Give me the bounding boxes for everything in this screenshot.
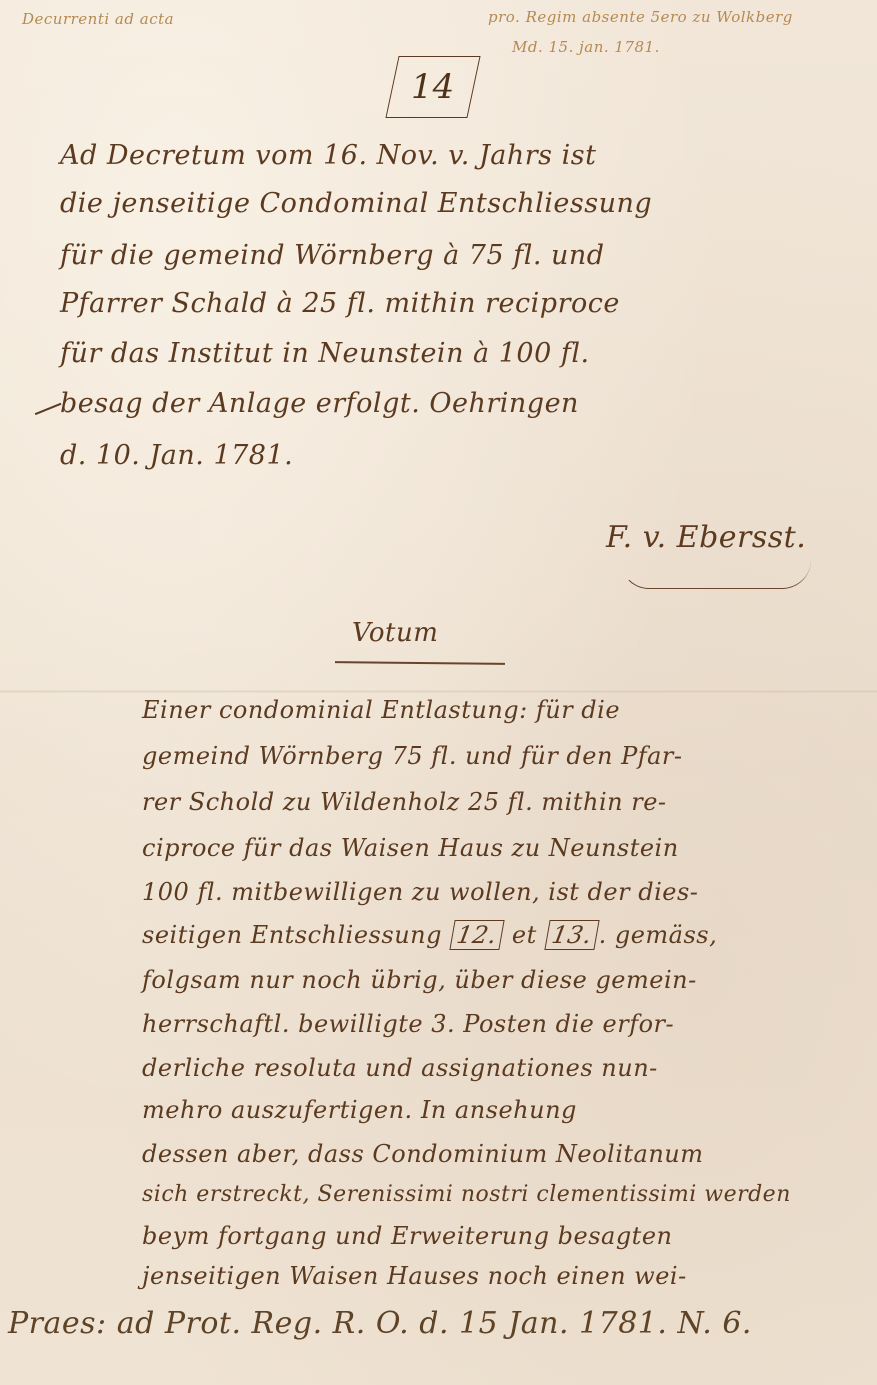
registry-note: Praes: ad Prot. Reg. R. O. d. 15 Jan. 17… xyxy=(8,1306,752,1341)
votum-line-8: herrschaftl. bewilligte 3. Posten die er… xyxy=(142,1010,674,1038)
votum-line-6-et: et xyxy=(512,921,537,949)
votum-underline xyxy=(335,661,505,664)
votum-line-7: folgsam nur noch übrig, über diese gemei… xyxy=(142,966,697,994)
votum-line-3: rer Schold zu Wildenholz 25 fl. mithin r… xyxy=(142,788,667,816)
margin-dash-mark xyxy=(35,403,62,415)
report-line-2: die jenseitige Condominal Entschliessung xyxy=(60,188,652,219)
votum-heading: Votum xyxy=(352,618,438,648)
manuscript-page: Decurrenti ad acta pro. Regim absente 5e… xyxy=(0,0,877,1385)
votum-line-6-text: seitigen Entschliessung xyxy=(142,921,442,949)
votum-line-14: jenseitigen Waisen Hauses noch einen wei… xyxy=(142,1262,687,1290)
votum-line-4: ciproce für das Waisen Haus zu Neunstein xyxy=(142,834,679,862)
report-line-5: für das Institut in Neunstein à 100 fl. xyxy=(60,338,590,369)
votum-line-1: Einer condominial Entlastung: für die xyxy=(142,696,620,724)
votum-line-6-tail: . gemäss, xyxy=(599,921,718,949)
votum-line-13: beym fortgang und Erweiterung besagten xyxy=(142,1222,673,1250)
signature: F. v. Ebersst. xyxy=(606,520,806,555)
marginal-note-right-line2: Md. 15. jan. 1781. xyxy=(512,38,660,56)
report-line-4: Pfarrer Schald à 25 fl. mithin reciproce xyxy=(60,288,620,319)
folio-number-box: 14 xyxy=(385,56,480,118)
report-line-1: Ad Decretum vom 16. Nov. v. Jahrs ist xyxy=(60,140,596,171)
votum-line-9: derliche resoluta und assignationes nun- xyxy=(142,1054,658,1082)
reference-box-12: 12. xyxy=(449,920,504,950)
votum-line-10: mehro auszufertigen. In ansehung xyxy=(142,1096,577,1124)
folio-number: 14 xyxy=(411,67,454,107)
report-line-7: d. 10. Jan. 1781. xyxy=(60,440,293,471)
marginal-note-right-line1: pro. Regim absente 5ero zu Wolkberg xyxy=(488,8,793,26)
votum-line-12: sich erstreckt, Serenissimi nostri cleme… xyxy=(142,1182,791,1207)
paper-fold-line xyxy=(0,690,877,693)
votum-line-2: gemeind Wörnberg 75 fl. und für den Pfar… xyxy=(142,742,683,770)
marginal-note-left: Decurrenti ad acta xyxy=(22,10,174,28)
reference-box-13: 13. xyxy=(544,920,599,950)
votum-line-5: 100 fl. mitbewilligen zu wollen, ist der… xyxy=(142,878,698,906)
report-line-6: besag der Anlage erfolgt. Oehringen xyxy=(60,388,579,419)
votum-line-11: dessen aber, dass Condominium Neolitanum xyxy=(142,1140,704,1168)
report-line-3: für die gemeind Wörnberg à 75 fl. und xyxy=(60,240,605,271)
votum-line-6: seitigen Entschliessung 12. et 13.. gemä… xyxy=(142,920,717,950)
signature-flourish xyxy=(620,560,811,589)
